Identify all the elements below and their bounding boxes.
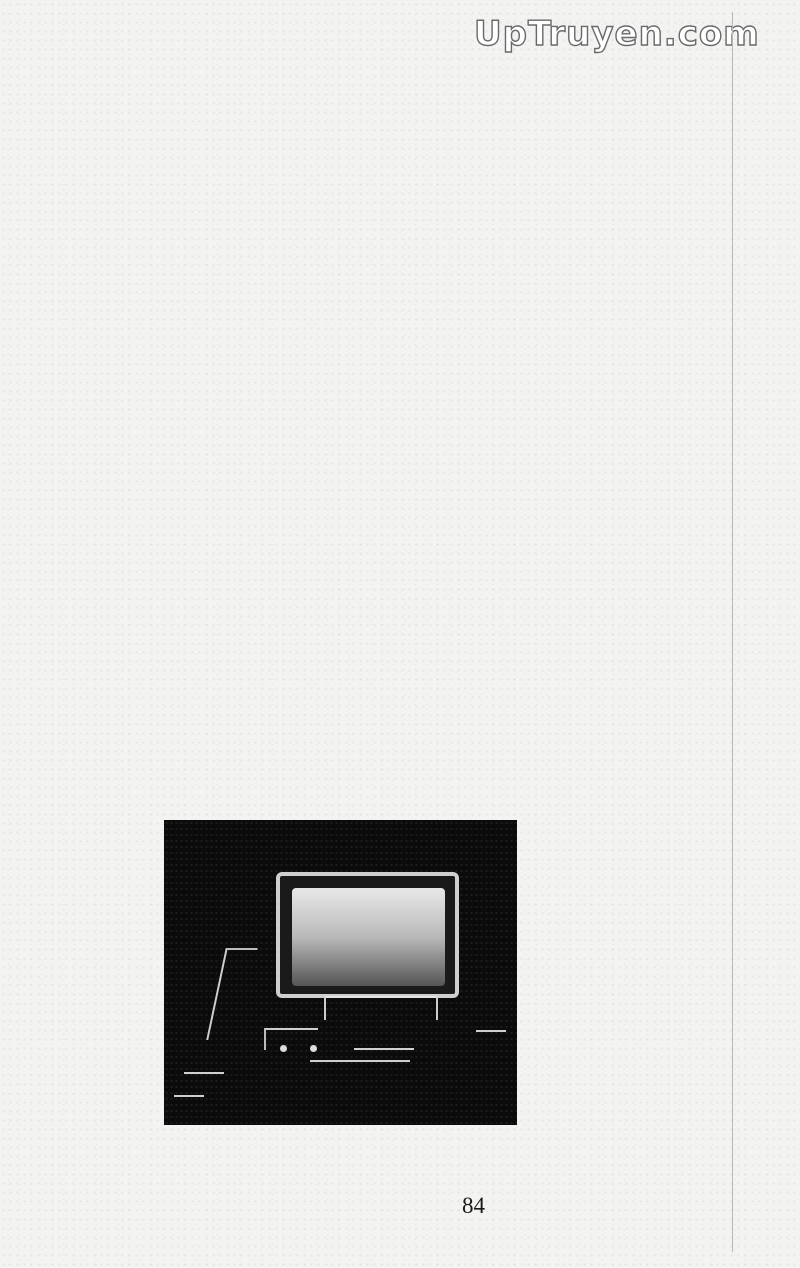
keyboard-illustration <box>324 996 438 1020</box>
desk-edge <box>184 1072 224 1074</box>
monitor-screen <box>292 888 445 986</box>
desk-edge <box>354 1048 414 1050</box>
monitor-illustration <box>276 872 459 998</box>
watermark-logo: UpTruyen.com <box>474 14 760 54</box>
knob-icon <box>280 1045 287 1052</box>
disk-drive-illustration <box>206 948 258 1040</box>
knob-icon <box>310 1045 317 1052</box>
page-number: 84 <box>462 1193 485 1219</box>
desk-edge <box>476 1030 506 1032</box>
computer-photo <box>164 820 517 1125</box>
desk-edge <box>174 1095 204 1097</box>
page-margin-line <box>732 12 733 1252</box>
desk-edge <box>310 1060 410 1062</box>
